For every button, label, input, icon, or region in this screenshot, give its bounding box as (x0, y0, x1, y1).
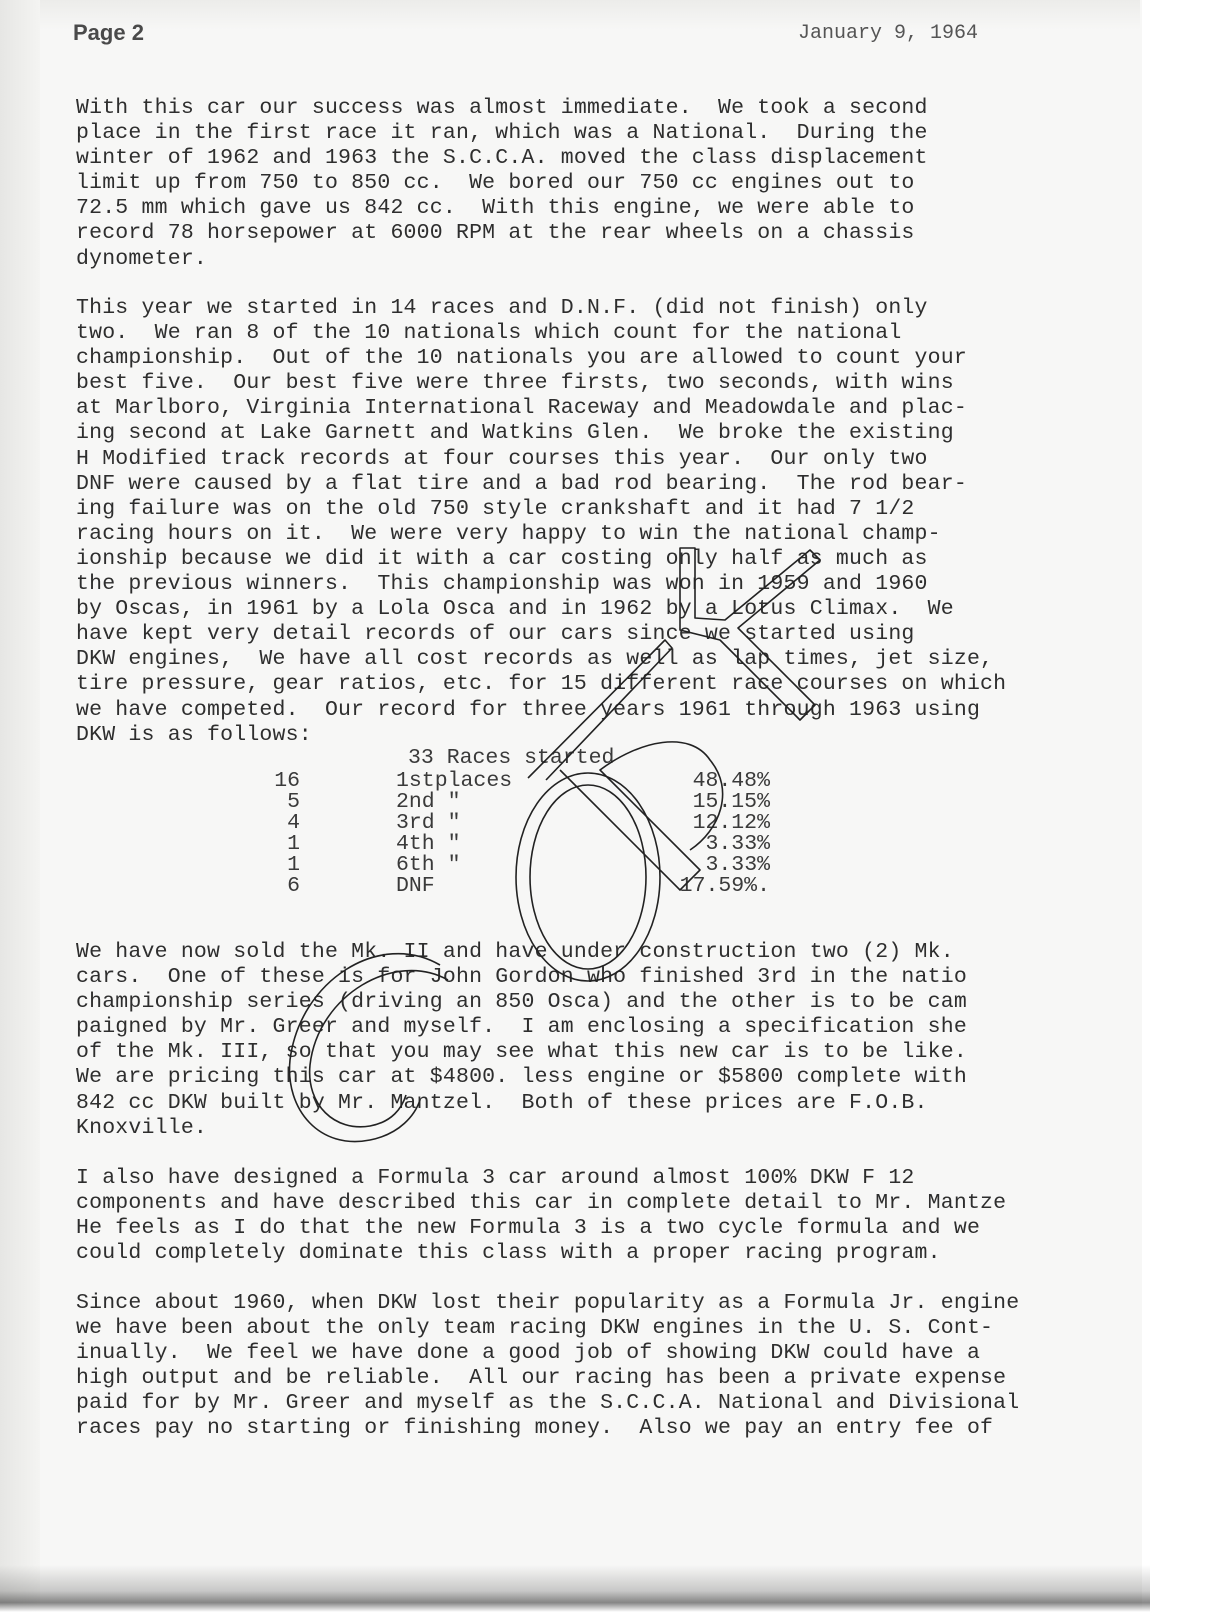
paragraph-season-record: This year we started in 14 races and D.N… (76, 296, 1006, 748)
letter-date: January 9, 1964 (798, 22, 978, 45)
table-row: 6 DNF 17.59%. (260, 876, 780, 897)
row-count: 5 (260, 792, 300, 813)
row-count: 1 (260, 834, 300, 855)
row-count: 4 (260, 813, 300, 834)
row-percent: 48.48% (650, 771, 770, 792)
row-percent: 12.12% (650, 813, 770, 834)
row-label: 6th " (396, 855, 461, 876)
row-label: 4th " (396, 834, 461, 855)
table-row: 4 3rd " 12.12% (260, 813, 780, 834)
row-percent: 15.15% (650, 792, 770, 813)
document-page: Page 2 January 9, 1964 With this car our… (0, 0, 1232, 1612)
paragraph-formula-3: I also have designed a Formula 3 car aro… (76, 1166, 1006, 1266)
table-row: 16 1stplaces 48.48% (260, 771, 780, 792)
table-row: 1 4th " 3.33% (260, 834, 780, 855)
row-label: 2nd " (396, 792, 461, 813)
row-label: 3rd " (396, 813, 461, 834)
scan-shadow-left (0, 0, 40, 1612)
row-count: 1 (260, 855, 300, 876)
row-count: 6 (260, 876, 300, 897)
paragraph-success: With this car our success was almost imm… (76, 96, 928, 272)
row-percent: 17.59%. (650, 876, 770, 897)
row-label: DNF (396, 876, 435, 897)
row-count: 16 (260, 771, 300, 792)
row-percent: 3.33% (650, 855, 770, 876)
table-row: 1 6th " 3.33% (260, 855, 780, 876)
race-record-title: 33 Races started (408, 748, 614, 769)
row-percent: 3.33% (650, 834, 770, 855)
scan-shadow-bottom (0, 1565, 1150, 1612)
table-row: 5 2nd " 15.15% (260, 792, 780, 813)
row-label: 1stplaces (396, 771, 512, 792)
paragraph-dkw-racing: Since about 1960, when DKW lost their po… (76, 1291, 1019, 1442)
paragraph-new-cars: We have now sold the Mk. II and have und… (76, 940, 967, 1141)
page-number: Page 2 (73, 20, 144, 46)
scan-margin-right (1142, 0, 1232, 1612)
